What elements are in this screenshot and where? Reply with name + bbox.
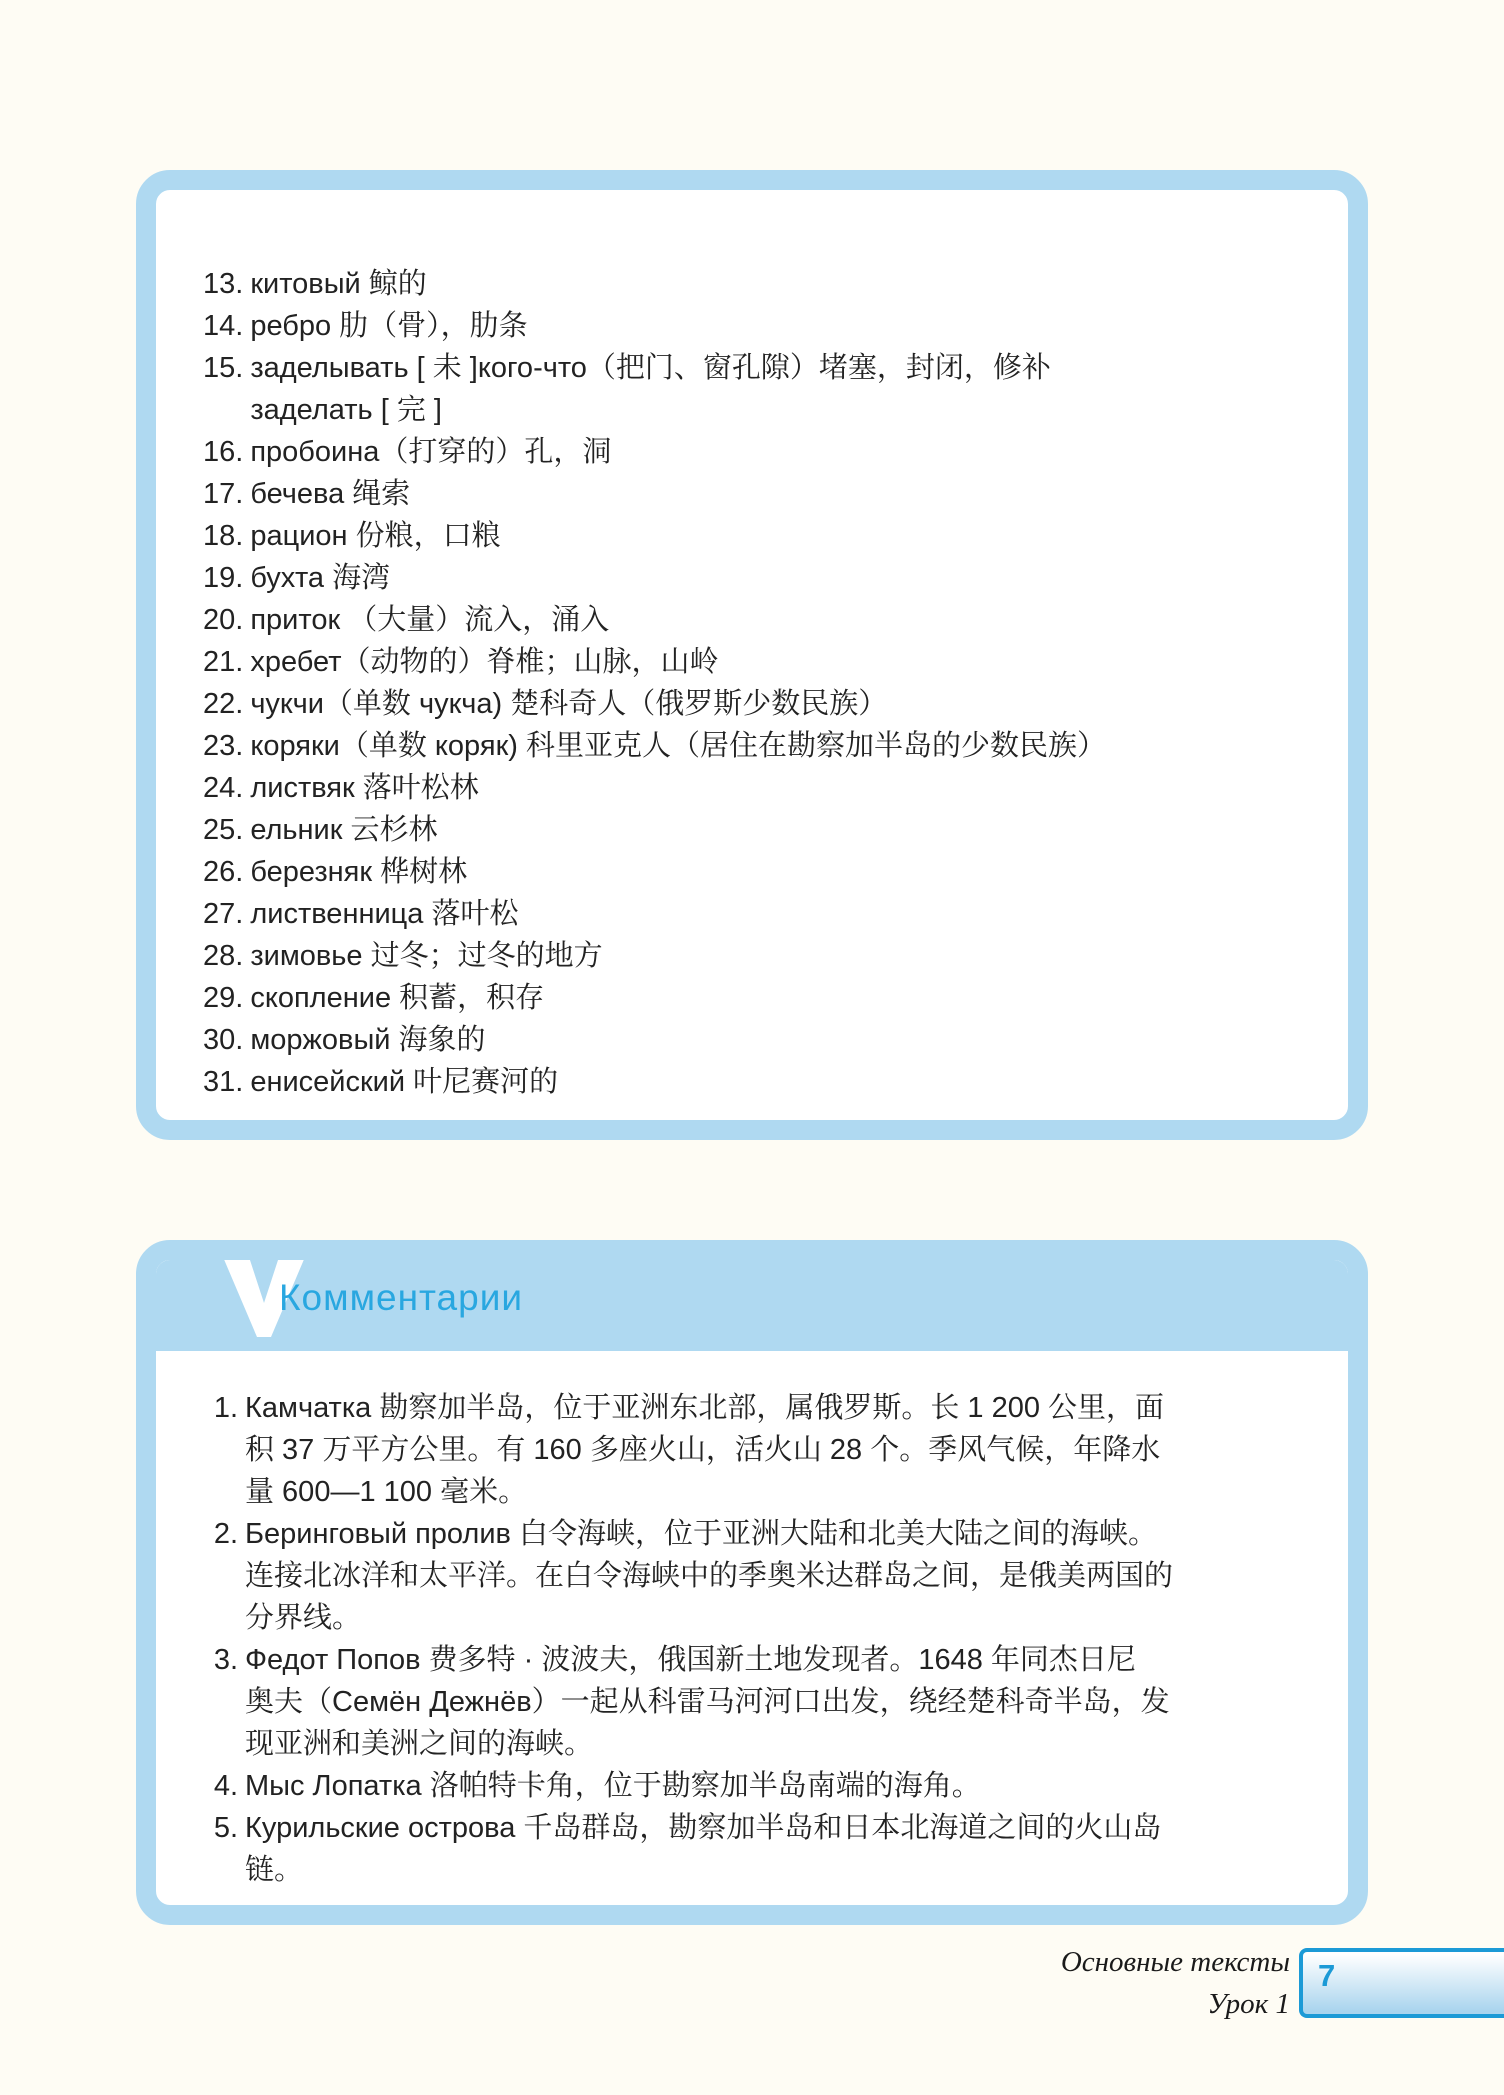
page-number: 7 — [1318, 1958, 1504, 1994]
item-text: заделывать [ 未 ]кого-что（把门、窗孔隙）堵塞，封闭，修补… — [250, 347, 1334, 431]
comments-list: 1. Камчатка 勘察加半岛，位于亚洲东北部，属俄罗斯。长 1 200 公… — [156, 1351, 1348, 1891]
item-text: рацион 份粮，口粮 — [250, 515, 1334, 557]
item-number: 23. — [203, 725, 250, 767]
item-number: 25. — [203, 809, 250, 851]
item-text: хребет（动物的）脊椎；山脉，山岭 — [250, 641, 1334, 683]
item-text: Камчатка 勘察加半岛，位于亚洲东北部，属俄罗斯。长 1 200 公里，面… — [245, 1387, 1330, 1513]
item-text: ребро 肋（骨），肋条 — [250, 305, 1334, 347]
item-text: березняк 桦树林 — [250, 851, 1334, 893]
item-number: 28. — [203, 935, 250, 977]
item-number: 31. — [203, 1061, 250, 1103]
item-text: ельник 云杉林 — [250, 809, 1334, 851]
item-number: 26. — [203, 851, 250, 893]
vocabulary-item: 26. березняк 桦树林 — [203, 851, 1334, 893]
item-number: 3. — [203, 1639, 245, 1681]
vocabulary-item: 20. приток （大量）流入，涌入 — [203, 599, 1334, 641]
vocabulary-item: 19. бухта 海湾 — [203, 557, 1334, 599]
item-number: 1. — [203, 1387, 245, 1429]
item-text: Курильские острова 千岛群岛，勘察加半岛和日本北海道之间的火山… — [245, 1807, 1330, 1891]
comment-item: 3. Федот Попов 费多特 · 波波夫，俄国新土地发现者。1648 年… — [203, 1639, 1330, 1765]
page-number-badge: 7 — [1299, 1948, 1504, 2018]
item-number: 22. — [203, 683, 250, 725]
item-number: 4. — [203, 1765, 245, 1807]
vocabulary-item: 13. китовый 鲸的 — [203, 263, 1334, 305]
comments-title: Комментарии — [279, 1277, 523, 1319]
item-number: 18. — [203, 515, 250, 557]
vocabulary-item: 23. коряки（单数 коряк) 科里亚克人（居住在勘察加半岛的少数民族… — [203, 725, 1334, 767]
item-text: листвяк 落叶松林 — [250, 767, 1334, 809]
item-number: 30. — [203, 1019, 250, 1061]
vocabulary-item: 14. ребро 肋（骨），肋条 — [203, 305, 1334, 347]
item-number: 29. — [203, 977, 250, 1019]
item-number: 15. — [203, 347, 250, 389]
item-text: енисейский 叶尼赛河的 — [250, 1061, 1334, 1103]
item-text: чукчи（单数 чукча) 楚科奇人（俄罗斯少数民族） — [250, 683, 1334, 725]
item-number: 14. — [203, 305, 250, 347]
item-number: 19. — [203, 557, 250, 599]
vocabulary-item: 17. бечева 绳索 — [203, 473, 1334, 515]
comment-item: 2. Беринговый пролив 白令海峡，位于亚洲大陆和北美大陆之间的… — [203, 1513, 1330, 1639]
vocabulary-item: 18. рацион 份粮，口粮 — [203, 515, 1334, 557]
vocabulary-item: 30. моржовый 海象的 — [203, 1019, 1334, 1061]
item-text: бухта 海湾 — [250, 557, 1334, 599]
footer-lesson-label: Урок 1 — [1207, 1988, 1290, 2021]
vocabulary-list: 13. китовый 鲸的 14. ребро 肋（骨），肋条 15. зад… — [203, 263, 1334, 1103]
item-number: 16. — [203, 431, 250, 473]
comments-panel: Комментарии 1. Камчатка 勘察加半岛，位于亚洲东北部，属俄… — [136, 1240, 1368, 1925]
item-number: 27. — [203, 893, 250, 935]
book-page: 13. китовый 鲸的 14. ребро 肋（骨），肋条 15. зад… — [0, 0, 1504, 2095]
vocabulary-item: 22. чукчи（单数 чукча) 楚科奇人（俄罗斯少数民族） — [203, 683, 1334, 725]
footer-section-title: Основные тексты — [1061, 1946, 1290, 1979]
vocabulary-item: 27. лиственница 落叶松 — [203, 893, 1334, 935]
item-text: Федот Попов 费多特 · 波波夫，俄国新土地发现者。1648 年同杰日… — [245, 1639, 1330, 1765]
vocabulary-item: 25. ельник 云杉林 — [203, 809, 1334, 851]
item-text: зимовье 过冬；过冬的地方 — [250, 935, 1334, 977]
item-number: 24. — [203, 767, 250, 809]
comment-item: 4. Мыс Лопатка 洛帕特卡角，位于勘察加半岛南端的海角。 — [203, 1765, 1330, 1807]
comment-item: 1. Камчатка 勘察加半岛，位于亚洲东北部，属俄罗斯。长 1 200 公… — [203, 1387, 1330, 1513]
item-text: приток （大量）流入，涌入 — [250, 599, 1334, 641]
vocabulary-item: 24. листвяк 落叶松林 — [203, 767, 1334, 809]
item-text: пробоина（打穿的）孔，洞 — [250, 431, 1334, 473]
vocabulary-item: 28. зимовье 过冬；过冬的地方 — [203, 935, 1334, 977]
item-text: моржовый 海象的 — [250, 1019, 1334, 1061]
comment-item: 5. Курильские острова 千岛群岛，勘察加半岛和日本北海道之间… — [203, 1807, 1330, 1891]
item-text: скопление 积蓄，积存 — [250, 977, 1334, 1019]
vocabulary-panel: 13. китовый 鲸的 14. ребро 肋（骨），肋条 15. зад… — [136, 170, 1368, 1140]
item-number: 13. — [203, 263, 250, 305]
vocabulary-item: 16. пробоина（打穿的）孔，洞 — [203, 431, 1334, 473]
vocabulary-item: 15. заделывать [ 未 ]кого-что（把门、窗孔隙）堵塞，封… — [203, 347, 1334, 431]
item-text: Беринговый пролив 白令海峡，位于亚洲大陆和北美大陆之间的海峡。… — [245, 1513, 1330, 1639]
item-number: 2. — [203, 1513, 245, 1555]
item-text: бечева 绳索 — [250, 473, 1334, 515]
vocabulary-item: 21. хребет（动物的）脊椎；山脉，山岭 — [203, 641, 1334, 683]
item-text: Мыс Лопатка 洛帕特卡角，位于勘察加半岛南端的海角。 — [245, 1765, 1330, 1807]
vocabulary-item: 31. енисейский 叶尼赛河的 — [203, 1061, 1334, 1103]
item-number: 17. — [203, 473, 250, 515]
item-number: 21. — [203, 641, 250, 683]
item-text: коряки（单数 коряк) 科里亚克人（居住在勘察加半岛的少数民族） — [250, 725, 1334, 767]
item-text: китовый 鲸的 — [250, 263, 1334, 305]
item-text: лиственница 落叶松 — [250, 893, 1334, 935]
item-number: 5. — [203, 1807, 245, 1849]
item-number: 20. — [203, 599, 250, 641]
vocabulary-item: 29. скопление 积蓄，积存 — [203, 977, 1334, 1019]
comments-header: Комментарии — [155, 1259, 1349, 1351]
